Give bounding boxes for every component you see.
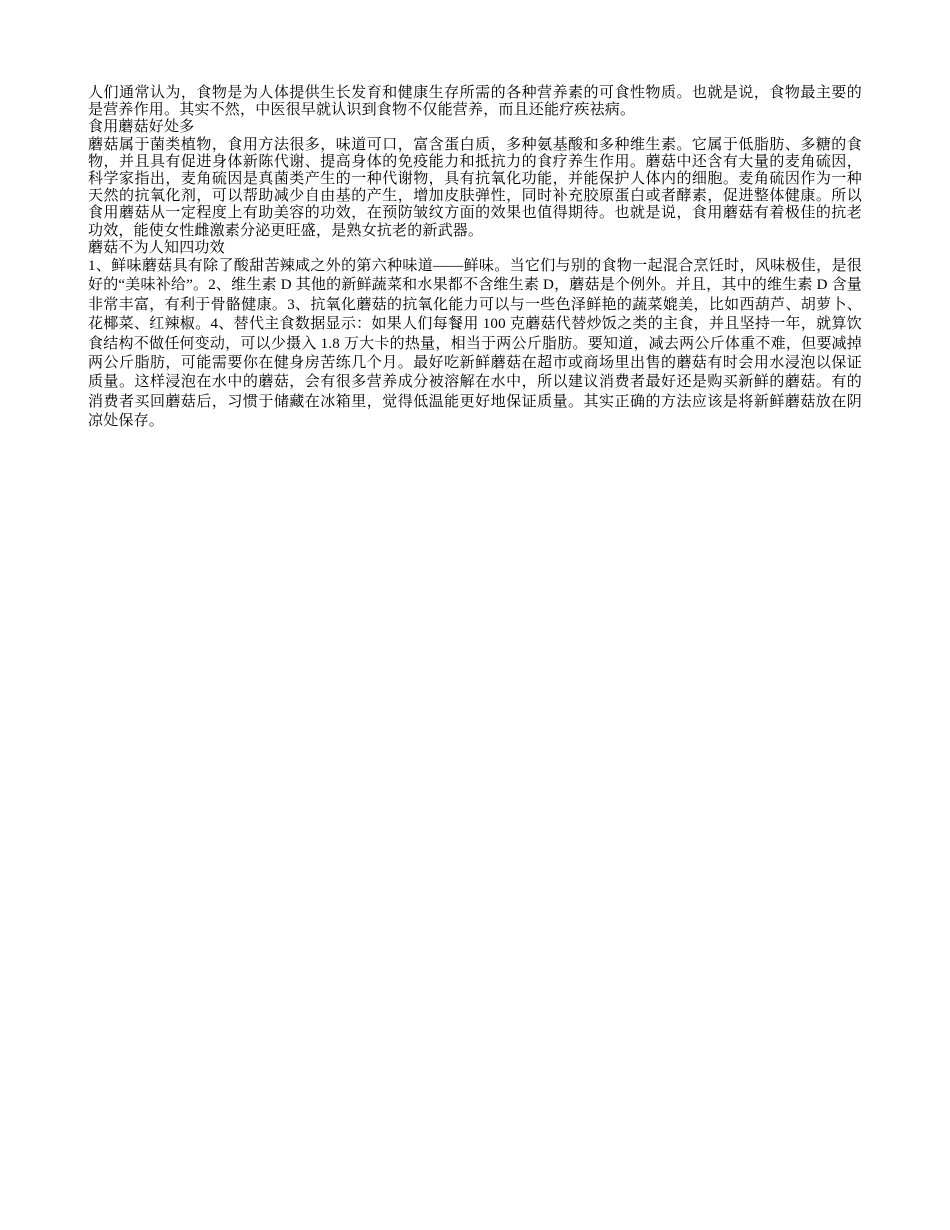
paragraph-four-effects: 1、鲜味蘑菇具有除了酸甜苦辣咸之外的第六种味道——鲜味。当它们与别的食物一起混合…: [88, 257, 862, 432]
document-page: 人们通常认为，食物是为人体提供生长发育和健康生存所需的各种营养素的可食性物质。也…: [0, 0, 950, 1230]
section-heading-mushroom-benefits: 食用蘑菇好处多: [88, 119, 862, 136]
document-body: 人们通常认为，食物是为人体提供生长发育和健康生存所需的各种营养素的可食性物质。也…: [88, 85, 862, 432]
paragraph-intro: 人们通常认为，食物是为人体提供生长发育和健康生存所需的各种营养素的可食性物质。也…: [88, 85, 862, 119]
section-heading-four-effects: 蘑菇不为人知四功效: [88, 240, 862, 257]
paragraph-mushroom-nutrition: 蘑菇属于菌类植物，食用方法很多，味道可口，富含蛋白质，多种氨基酸和多种维生素。它…: [88, 137, 862, 240]
